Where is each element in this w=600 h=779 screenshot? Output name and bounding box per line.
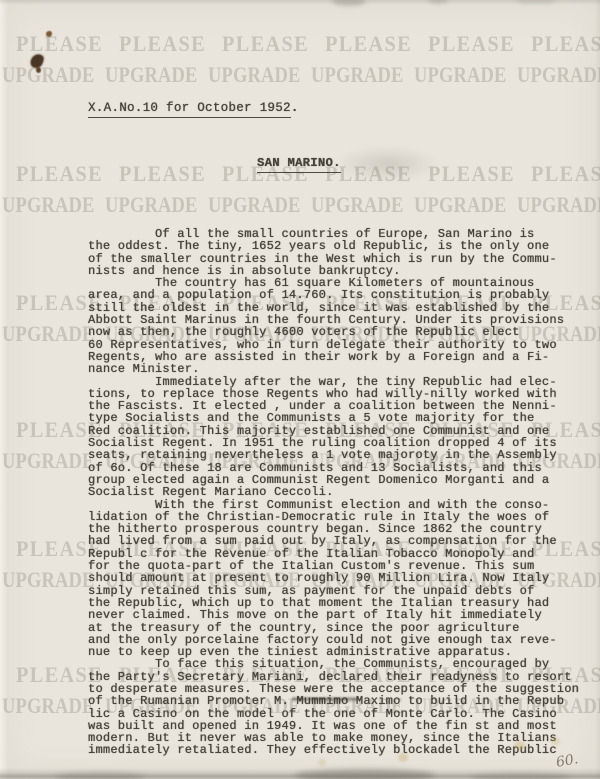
ink-blot bbox=[36, 67, 41, 73]
watermark-word: UPGRADE bbox=[2, 569, 89, 591]
text-line: seats, retaining nevertheless a 1 vote m… bbox=[88, 449, 593, 461]
text-line: With the first Communist election and wi… bbox=[88, 499, 593, 511]
watermark-word: UPGRADE bbox=[311, 64, 398, 86]
text-line: should amount at present to roughly 90 M… bbox=[88, 572, 593, 584]
watermark-word: UPGRADE bbox=[517, 194, 600, 216]
text-line: To face this situation, the Communists, … bbox=[88, 658, 593, 670]
watermark-word: PLEASE bbox=[119, 163, 214, 185]
watermark-word: UPGRADE bbox=[2, 194, 89, 216]
watermark-row: UPGRADEUPGRADEUPGRADEUPGRADEUPGRADEUPGRA… bbox=[2, 64, 600, 86]
text-line: never claimed. This move on the part of … bbox=[88, 609, 593, 621]
watermark-word: PLEASE bbox=[119, 33, 214, 55]
scanned-document-page: PLEASEPLEASEPLEASEPLEASEPLEASEPLEASEUPGR… bbox=[0, 0, 600, 779]
text-line: area, and a population of 14.760. Its co… bbox=[88, 289, 593, 301]
report-number-period: . bbox=[291, 101, 299, 115]
watermark-word: UPGRADE bbox=[2, 695, 89, 717]
watermark-word: UPGRADE bbox=[2, 323, 89, 345]
watermark-word: PLEASE bbox=[428, 163, 523, 185]
paper-stain bbox=[551, 737, 560, 745]
text-line: Socialist Regent Mariano Ceccoli. bbox=[88, 486, 593, 498]
watermark-word: PLEASE bbox=[531, 163, 600, 185]
watermark-word: PLEASE bbox=[16, 163, 111, 185]
scan-edge-smudge bbox=[55, 772, 145, 779]
paper-stain bbox=[318, 759, 326, 766]
watermark-word: UPGRADE bbox=[517, 64, 600, 86]
watermark-word: UPGRADE bbox=[414, 194, 501, 216]
document-title-text: SAN MARINO. bbox=[257, 156, 341, 173]
scan-edge-smudge bbox=[470, 773, 570, 779]
text-line: now as then, the roughly 4600 voters of … bbox=[88, 326, 593, 338]
watermark-word: UPGRADE bbox=[105, 194, 192, 216]
text-line: had lived from a sum paid out by Italy, … bbox=[88, 535, 593, 547]
watermark-word: UPGRADE bbox=[2, 64, 89, 86]
report-number-heading: X.A.No.10 for October 1952. bbox=[88, 101, 299, 115]
watermark-word: UPGRADE bbox=[414, 64, 501, 86]
watermark-word: PLEASE bbox=[325, 33, 420, 55]
scan-edge-smudge bbox=[295, 769, 435, 779]
watermark-word: UPGRADE bbox=[311, 194, 398, 216]
report-number-text: X.A.No.10 for October 1952 bbox=[88, 101, 291, 118]
overtype-strike-mark bbox=[292, 694, 358, 705]
document-title: SAN MARINO. bbox=[257, 156, 341, 170]
text-line: the oddest. The tiny, 1652 years old Rep… bbox=[88, 240, 593, 252]
text-line: Immediately after the war, the tiny Repu… bbox=[88, 376, 593, 388]
body-text: Of all the small countries of Europe, Sa… bbox=[88, 228, 593, 757]
ink-blot bbox=[46, 31, 52, 37]
paper-stain bbox=[514, 741, 525, 750]
watermark-word: UPGRADE bbox=[208, 194, 295, 216]
watermark-row: UPGRADEUPGRADEUPGRADEUPGRADEUPGRADEUPGRA… bbox=[2, 194, 600, 216]
watermark-word: UPGRADE bbox=[2, 450, 89, 472]
watermark-word: UPGRADE bbox=[105, 64, 192, 86]
watermark-word: PLEASE bbox=[222, 33, 317, 55]
paper-stain bbox=[398, 753, 408, 762]
watermark-word: PLEASE bbox=[16, 33, 111, 55]
watermark-word: UPGRADE bbox=[208, 64, 295, 86]
text-line: at the treasury of the country, since th… bbox=[88, 622, 593, 634]
text-line: nance Minister. bbox=[88, 363, 593, 375]
watermark-row: PLEASEPLEASEPLEASEPLEASEPLEASEPLEASE bbox=[16, 33, 600, 55]
smudge-mark bbox=[335, 146, 440, 182]
watermark-word: PLEASE bbox=[531, 33, 600, 55]
text-line: type Socialists and the Communists a 5 v… bbox=[88, 412, 593, 424]
watermark-word: PLEASE bbox=[428, 33, 523, 55]
